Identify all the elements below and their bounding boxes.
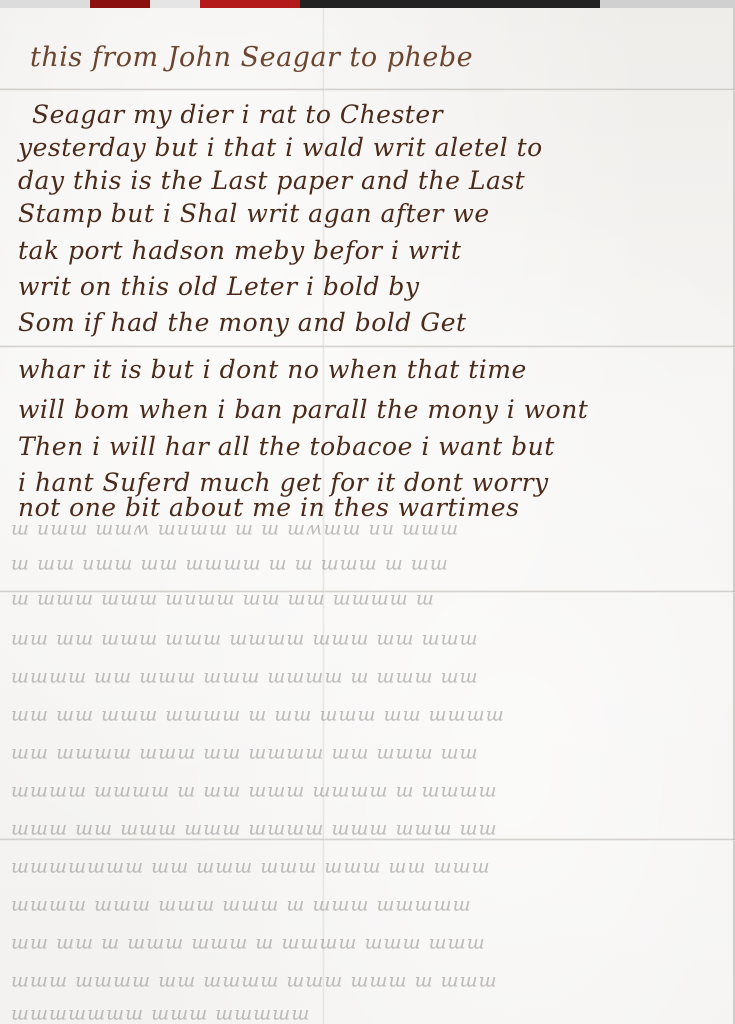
letter-line: Seagar my dier i rat to Chester — [32, 100, 443, 129]
bleed-through-text: m mmmm mm mm mmnm mmm mmm m — [10, 590, 434, 612]
bleed-through-text: mm mmm mm mmmm mm mmm mmmm mm — [10, 744, 478, 766]
backing-edge — [0, 0, 735, 8]
bleed-through-text: mmmmm mmm mmmmmmm — [10, 1005, 309, 1024]
bleed-through-text: mmm mmm mmmm m mmm mmm m mm mm — [10, 934, 485, 956]
bleed-through-text: mm mmm m mmmm mmm mmm mm mmmm — [10, 668, 478, 690]
bleed-through-text: mmm mm mmm mmmm mmm mmm mm mm — [10, 630, 478, 652]
bleed-through-text: mmmmm mmm m mmm mmm mmm mmmm — [10, 896, 471, 918]
fold-crease — [0, 345, 735, 348]
letter-line: tak port hadson meby befor i writ — [18, 236, 461, 265]
letter-line: yesterday but i that i wald writ aletel … — [18, 133, 543, 162]
letter-line: day this is the Last paper and the Last — [18, 166, 525, 195]
bleed-through-text: mmm nn mmwm m m mmnm wmm mmn m — [10, 520, 458, 542]
letter-line: Then i will har all the tobacoe i want b… — [18, 432, 555, 461]
bleed-through-text: mm mmm mmm mmmm mmm mmm mm mmm — [10, 820, 497, 842]
bleed-through-text: mm m mmm m m mmmm mm mmn mm m — [10, 555, 448, 577]
scanned-letter: this from John Seagar to phebe Seagar my… — [0, 0, 735, 1024]
letter-line: will bom when i ban parall the mony i wo… — [18, 395, 588, 424]
letter-header: this from John Seagar to phebe — [30, 42, 473, 73]
bleed-through-text: mmm mm mmm mmm mmm mm mmmmmmm — [10, 858, 490, 880]
letter-line: Som if had the mony and bold Get — [18, 308, 467, 337]
letter-line: Stamp but i Shal writ agan after we — [18, 199, 490, 228]
letter-line: writ on this old Leter i bold by — [18, 272, 420, 301]
bleed-through-text: mmmm m mmmm mmm mm m mmmm mmmm — [10, 782, 497, 804]
letter-line: whar it is but i dont no when that time — [18, 355, 527, 384]
bleed-through-text: mmm m mmm mmm mmmm mm mmmm mmm — [10, 972, 497, 994]
letter-line: not one bit about me in thes wartimes — [18, 493, 519, 522]
bleed-through-text: mmmm mm mmm mm m mmmm mmm mm mm — [10, 706, 504, 728]
fold-crease — [0, 88, 735, 91]
